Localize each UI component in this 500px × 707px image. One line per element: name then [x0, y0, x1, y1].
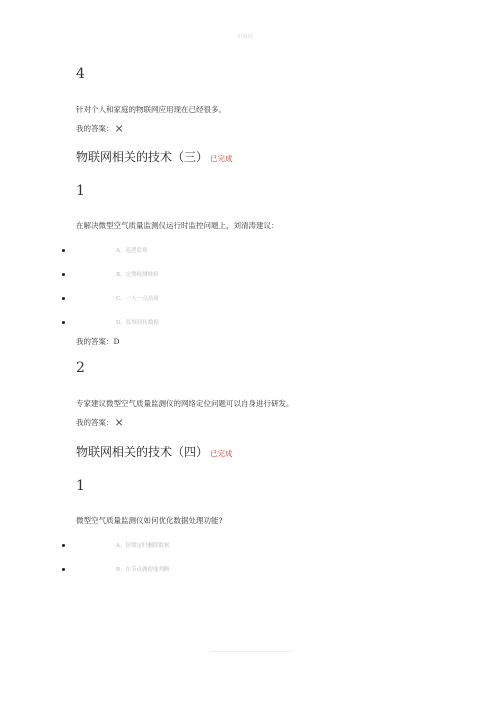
option-label: A、短期定时删除数据 [116, 541, 169, 549]
section-title: 物联网相关的技术（四）已完成 [76, 443, 233, 460]
option-label: D、监察回传数据 [116, 318, 159, 326]
bullet-icon [62, 544, 65, 547]
option-label: C、一人一点站岗 [116, 294, 159, 302]
section-title-text: 物联网相关的技术（三） [76, 150, 208, 164]
section-title-text: 物联网相关的技术（四） [76, 445, 208, 459]
bullet-icon [62, 273, 65, 276]
question-number: 4 [76, 66, 85, 82]
question-text: 微型空气质量监测仪如何优化数据处理功能? [76, 515, 223, 526]
my-answer: 我的答案：× [76, 122, 124, 135]
bullet-icon [62, 249, 65, 252]
option-label: A、巡逻监察 [116, 246, 147, 254]
status-badge: 已完成 [210, 154, 233, 163]
question-number: 1 [76, 183, 85, 199]
question-number: 2 [76, 360, 85, 376]
question-text: 在解决微型空气质量监测仪运行时监控问题上，刘清涛建议： [76, 220, 279, 231]
page-header-watermark: 中国联 [237, 33, 254, 40]
question-text: 针对个人和家庭的物联网应用现在已经很多。 [76, 104, 226, 115]
my-answer: 我的答案：× [76, 416, 124, 429]
bullet-icon [62, 321, 65, 324]
bullet-icon [62, 568, 65, 571]
answer-label: 我的答案： [76, 418, 114, 427]
wrong-mark-icon: × [115, 416, 124, 429]
footer-divider [210, 651, 292, 652]
option-label: B、在节点做智能判断 [116, 565, 170, 573]
wrong-mark-icon: × [115, 122, 124, 135]
bullet-icon [62, 297, 65, 300]
question-text: 专家建议微型空气质量监测仪的网络定位问题可以自身进行研发。 [76, 398, 294, 409]
option-label: B、定期检测维修 [116, 270, 159, 278]
answer-label: 我的答案： [76, 124, 114, 133]
answer-label: 我的答案： [76, 337, 114, 346]
status-badge: 已完成 [210, 449, 233, 458]
section-title: 物联网相关的技术（三）已完成 [76, 148, 233, 165]
question-number: 1 [76, 478, 85, 494]
my-answer: 我的答案：D [76, 336, 120, 347]
answer-value: D [114, 337, 120, 346]
